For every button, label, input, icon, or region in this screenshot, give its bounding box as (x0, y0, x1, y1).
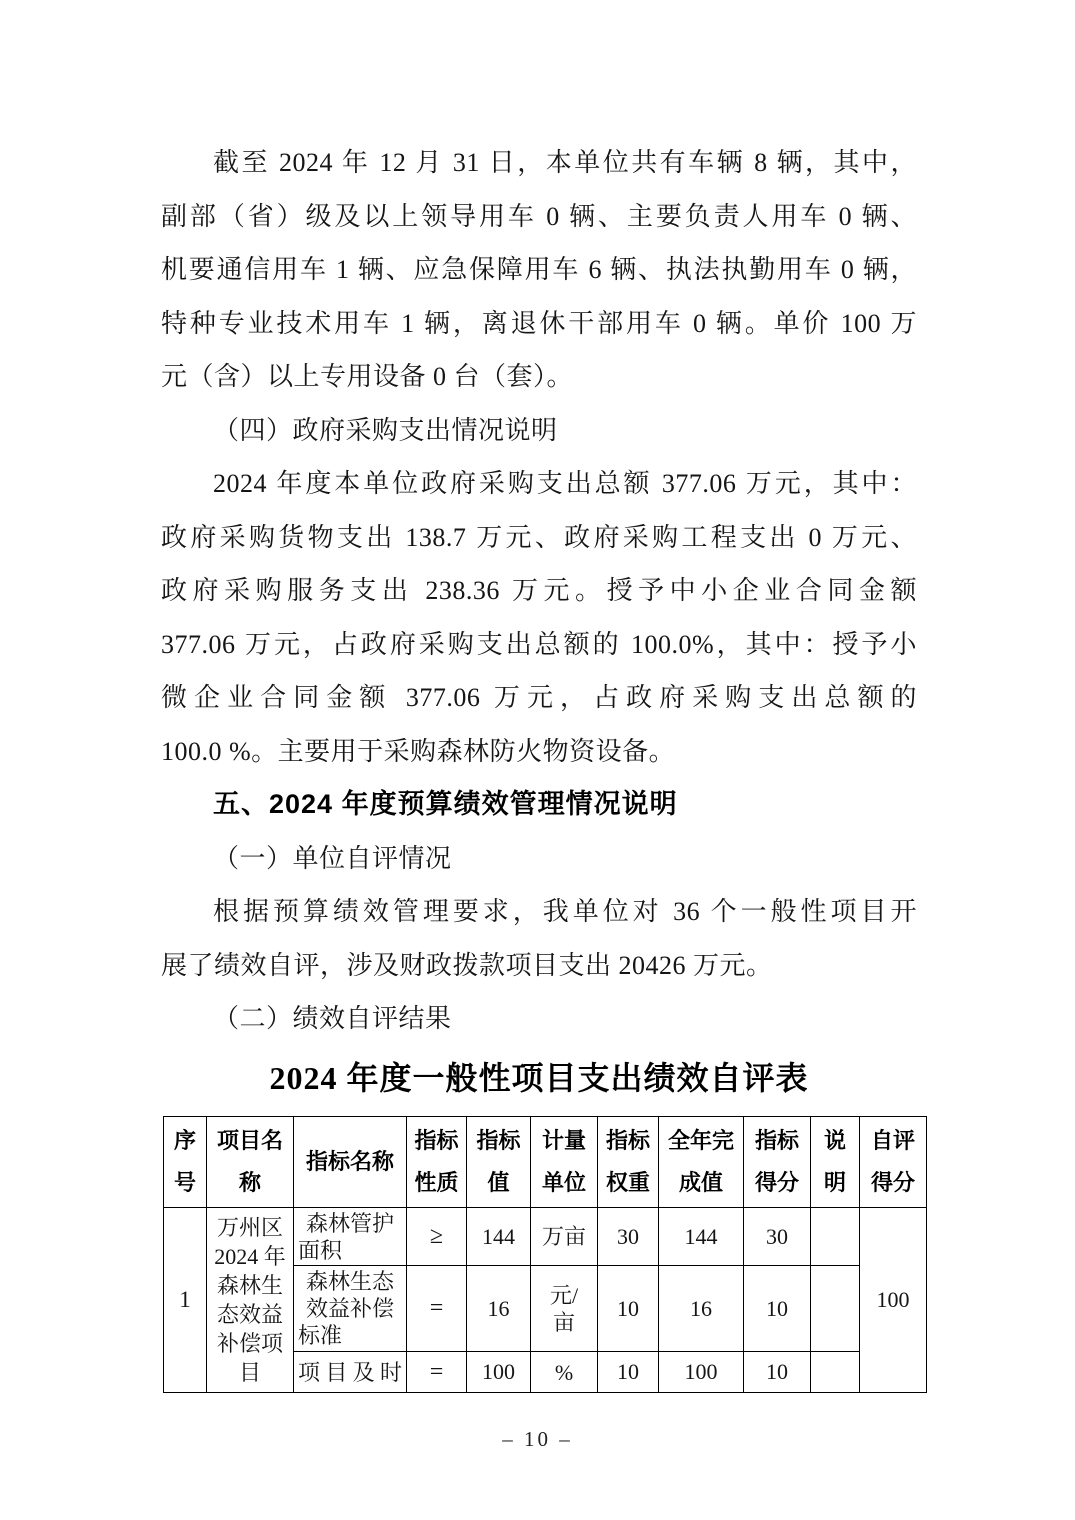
text-line: 微企业合同金额 377.06 万元，占政府采购支出总额的 (161, 671, 917, 725)
text-line: 元（含）以上专用设备 0 台（套）。 (161, 350, 917, 404)
cell-completed: 100 (659, 1352, 744, 1393)
cell-indicator-target: 144 (467, 1208, 531, 1266)
cell-completed: 144 (659, 1208, 744, 1266)
cell-indicator-name: 森林管护面积 (294, 1208, 407, 1266)
cell-score: 10 (744, 1266, 811, 1352)
cell-indicator-name: 森林生态效益补偿标准 (294, 1266, 407, 1352)
column-header: 项目名 称 (207, 1117, 294, 1208)
cell-note (811, 1352, 860, 1393)
cell-seq: 1 (164, 1208, 207, 1393)
page-number: – 10 – (0, 1427, 1075, 1452)
cell-indicator-name: 项目及时 (294, 1352, 407, 1393)
column-header: 说 明 (811, 1117, 860, 1208)
cell-self-score: 100 (860, 1208, 927, 1393)
table-header-row: 序 号项目名 称指标名称指标 性质指标 值计量 单位指标 权重全年完 成值指标 … (164, 1117, 927, 1208)
text-line: 机要通信用车 1 辆、应急保障用车 6 辆、执法执勤用车 0 辆， (161, 243, 917, 297)
text-line: （四）政府采购支出情况说明 (161, 404, 917, 458)
text-line: 副部（省）级及以上领导用车 0 辆、主要负责人用车 0 辆、 (161, 190, 917, 244)
text-line: 展了绩效自评，涉及财政拨款项目支出 20426 万元。 (161, 939, 917, 993)
column-header: 全年完 成值 (659, 1117, 744, 1208)
cell-completed: 16 (659, 1266, 744, 1352)
column-header: 序 号 (164, 1117, 207, 1208)
cell-indicator-nature: ≥ (407, 1208, 467, 1266)
cell-score: 30 (744, 1208, 811, 1266)
text-line: 100.0 %。主要用于采购森林防火物资设备。 (161, 725, 917, 779)
section-heading: 五、2024 年度预算绩效管理情况说明 (161, 778, 917, 832)
text-line: （一）单位自评情况 (161, 832, 917, 886)
text-line: 政府采购服务支出 238.36 万元。授予中小企业合同金额 (161, 564, 917, 618)
cell-unit: % (531, 1352, 598, 1393)
cell-indicator-nature: = (407, 1352, 467, 1393)
cell-score: 10 (744, 1352, 811, 1393)
cell-indicator-target: 100 (467, 1352, 531, 1393)
cell-indicator-nature: = (407, 1266, 467, 1352)
table-title: 2024 年度一般性项目支出绩效自评表 (161, 1056, 917, 1100)
column-header: 指标名称 (294, 1117, 407, 1208)
cell-unit: 元/ 亩 (531, 1266, 598, 1352)
self-evaluation-table: 序 号项目名 称指标名称指标 性质指标 值计量 单位指标 权重全年完 成值指标 … (163, 1116, 927, 1393)
text-line: 政府采购货物支出 138.7 万元、政府采购工程支出 0 万元、 (161, 511, 917, 565)
text-line: 2024 年度本单位政府采购支出总额 377.06 万元，其中： (161, 457, 917, 511)
column-header: 指标 值 (467, 1117, 531, 1208)
text-line: 377.06 万元，占政府采购支出总额的 100.0%，其中：授予小 (161, 618, 917, 672)
text-line: 截至 2024 年 12 月 31 日，本单位共有车辆 8 辆，其中， (161, 136, 917, 190)
column-header: 指标 权重 (598, 1117, 659, 1208)
cell-project-name: 万州区 2024 年 森林生 态效益 补偿项 目 (207, 1208, 294, 1393)
column-header: 计量 单位 (531, 1117, 598, 1208)
document-body: 截至 2024 年 12 月 31 日，本单位共有车辆 8 辆，其中，副部（省）… (161, 136, 917, 1046)
cell-note (811, 1208, 860, 1266)
text-line: 特种专业技术用车 1 辆，离退休干部用车 0 辆。单价 100 万 (161, 297, 917, 351)
column-header: 指标 得分 (744, 1117, 811, 1208)
cell-weight: 10 (598, 1352, 659, 1393)
cell-indicator-target: 16 (467, 1266, 531, 1352)
document-page: 截至 2024 年 12 月 31 日，本单位共有车辆 8 辆，其中，副部（省）… (0, 0, 1075, 1520)
cell-weight: 30 (598, 1208, 659, 1266)
text-line: （二）绩效自评结果 (161, 992, 917, 1046)
cell-unit: 万亩 (531, 1208, 598, 1266)
text-line: 根据预算绩效管理要求，我单位对 36 个一般性项目开 (161, 885, 917, 939)
cell-weight: 10 (598, 1266, 659, 1352)
column-header: 指标 性质 (407, 1117, 467, 1208)
cell-note (811, 1266, 860, 1352)
table-row: 1万州区 2024 年 森林生 态效益 补偿项 目森林管护面积≥144万亩301… (164, 1208, 927, 1266)
column-header: 自评 得分 (860, 1117, 927, 1208)
